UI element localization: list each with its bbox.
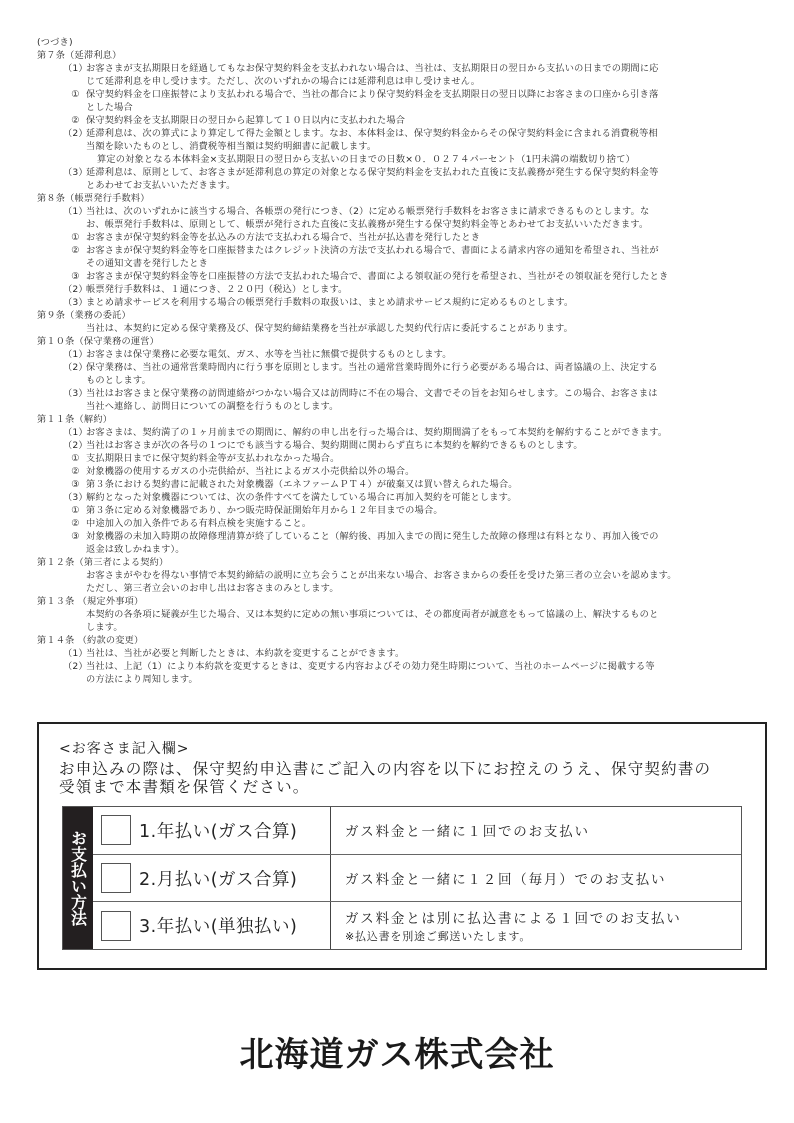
terms-line: とあわせてお支払いいただきます。 bbox=[37, 179, 777, 192]
clause-text: 当社は、本契約に定める保守業務及び、保守契約締結業務を当社が承認した契約代行店に… bbox=[86, 323, 573, 334]
terms-line: その通知文書を発行したとき bbox=[37, 257, 777, 270]
clause-text: 帳票発行手数料は、１通につき、２２０円（税込）とします。 bbox=[86, 284, 348, 295]
clause-number: （2） bbox=[63, 361, 86, 374]
terms-line: 第１４条 （約款の変更） bbox=[37, 634, 777, 647]
clause-number: （1） bbox=[63, 62, 86, 75]
clause-text: とあわせてお支払いいただきます。 bbox=[86, 180, 235, 191]
clause-text: 返金は致しかねます）。 bbox=[86, 544, 185, 555]
clause-text: 当社は、上記（1）により本約款を変更するときは、変更する内容およびその効力発生時… bbox=[86, 661, 655, 672]
clause-number: （1） bbox=[63, 205, 86, 218]
payment-options: 1.年払い(ガス合算) ガス料金と一緒に１回でのお支払い 2.月払い(ガス合算)… bbox=[93, 807, 741, 949]
terms-line: ①第３条に定める対象機器であり、かつ販売時保証開始年月から１２年目までの場合。 bbox=[37, 504, 777, 517]
description-line-2: 受領まで本書類を保管ください。 bbox=[59, 778, 711, 796]
terms-line: 第９条（業務の委託） bbox=[37, 309, 777, 322]
clause-text: じて延滞利息を申し受けます。ただし、次のいずれかの場合には延滞利息は申し受けませ… bbox=[86, 76, 480, 87]
clause-text: お、帳票発行手数料は、原則として、帳票が発行された直後に支払義務が発生する保守契… bbox=[86, 219, 648, 230]
clause-text: ものとします。 bbox=[86, 375, 151, 386]
clause-text: お客さまは保守業務に必要な電気、ガス、水等を当社に無償で提供するものとします。 bbox=[86, 349, 452, 360]
terms-line: ただし、第三者立会いのお申し出はお客さまのみとします。 bbox=[37, 582, 777, 595]
checkbox-monthly-gas[interactable] bbox=[101, 863, 131, 893]
clause-text: 第１２条（第三者による契約） bbox=[37, 557, 168, 568]
clause-number: ② bbox=[65, 244, 86, 257]
clause-text: 当額を除いたものとし、消費税等相当額は契約明細書に記載します。 bbox=[86, 141, 376, 152]
clause-number: ① bbox=[65, 452, 86, 465]
clause-text: 保守契約料金を口座振替により支払われる場合で、当社の都合により保守契約料金を支払… bbox=[86, 89, 658, 100]
terms-line: （2）当社はお客さまが次の各号の１つにでも該当する場合、契約期間に関わらず直ちに… bbox=[37, 439, 777, 452]
terms-line: （3）解約となった対象機器については、次の条件すべてを満たしている場合に再加入契… bbox=[37, 491, 777, 504]
clause-number: （1） bbox=[63, 647, 86, 660]
checkbox-annual-separate[interactable] bbox=[101, 911, 131, 941]
continued-label: (つづき) bbox=[37, 36, 777, 49]
clause-text: お客さまは、契約満了の１ヶ月前までの期間に、解約の申し出を行った場合は、契約期間… bbox=[86, 427, 667, 438]
customer-entry-box: <お客さま記入欄> お申込みの際は、保守契約申込書にご記入の内容を以下にお控えの… bbox=[37, 722, 767, 970]
clause-text: お客さまが保守契約料金等を払込みの方法で支払われる場合で、当社が払込書を発行した… bbox=[86, 232, 480, 243]
clause-number: ① bbox=[65, 504, 86, 517]
clause-text: 第７条（延滞利息） bbox=[37, 50, 122, 61]
terms-line: 第１２条（第三者による契約） bbox=[37, 556, 777, 569]
option-label: 3.年払い(単独払い) bbox=[139, 913, 297, 938]
option-label: 2.月払い(ガス合算) bbox=[139, 866, 297, 891]
clause-text: 算定の対象となる本体料金×支払期限日の翌日から支払いの日までの日数×０．０２７４… bbox=[97, 154, 635, 165]
clause-text: 保守契約料金を支払期限日の翌日から起算して１０日以内に支払われた場合 bbox=[86, 115, 405, 126]
option-label: 1.年払い(ガス合算) bbox=[139, 818, 297, 843]
clause-number: ③ bbox=[65, 478, 86, 491]
terms-line: （1）当社は、当社が必要と判断したときは、本約款を変更することができます。 bbox=[37, 647, 777, 660]
clause-text: 当社はお客さまと保守業務の訪問連絡がつかない場合又は訪問時に不在の場合、文書でそ… bbox=[86, 388, 658, 399]
clause-number: ② bbox=[65, 114, 86, 127]
terms-line: じて延滞利息を申し受けます。ただし、次のいずれかの場合には延滞利息は申し受けませ… bbox=[37, 75, 777, 88]
clause-number: ② bbox=[65, 517, 86, 530]
terms-line: ②お客さまが保守契約料金等を口座振替またはクレジット決済の方法で支払われる場合で… bbox=[37, 244, 777, 257]
customer-entry-title: <お客さま記入欄> bbox=[59, 738, 189, 758]
terms-section: (つづき) 第７条（延滞利息）（1）お客さまが支払期限日を経過してもなお保守契約… bbox=[37, 36, 777, 686]
clause-text: 第３条に定める対象機器であり、かつ販売時保証開始年月から１２年目までの場合。 bbox=[86, 505, 443, 516]
clause-text: 本契約の各条項に疑義が生じた場合、又は本契約に定めの無い事項については、その都度… bbox=[86, 609, 658, 620]
clause-text: 当社は、当社が必要と判断したときは、本約款を変更することができます。 bbox=[86, 648, 404, 659]
company-name: 北海道ガス株式会社 bbox=[0, 1027, 794, 1076]
clause-text: 支払期限日までに保守契約料金等が支払われなかった場合。 bbox=[86, 453, 339, 464]
payment-option-annual-separate: 3.年払い(単独払い) ガス料金とは別に払込書による１回でのお支払い ※払込書を… bbox=[93, 902, 741, 949]
clause-text: まとめ請求サービスを利用する場合の帳票発行手数料の取扱いは、まとめ請求サービス規… bbox=[86, 297, 573, 308]
clause-number: ① bbox=[65, 88, 86, 101]
option-note: ※払込書を別途ご郵送いたします。 bbox=[345, 928, 741, 944]
terms-line: 当社へ連絡し、訪問日についての調整を行うものとします。 bbox=[37, 400, 777, 413]
terms-line: （2）保守業務は、当社の通常営業時間内に行う事を原則とします。当社の通常営業時間… bbox=[37, 361, 777, 374]
terms-line: ①支払期限日までに保守契約料金等が支払われなかった場合。 bbox=[37, 452, 777, 465]
clause-text: 当社は、次のいずれかに該当する場合、各帳票の発行につき、（2）に定める帳票発行手… bbox=[86, 206, 649, 217]
description-line-1: お申込みの際は、保守契約申込書にご記入の内容を以下にお控えのうえ、保守契約書の bbox=[59, 760, 711, 778]
clause-text: 第１１条（解約） bbox=[37, 414, 112, 425]
clause-text: します。 bbox=[86, 622, 123, 633]
clause-number: （2） bbox=[63, 660, 86, 673]
clause-text: 第１４条 （約款の変更） bbox=[37, 635, 143, 646]
terms-line: （1）お客さまは、契約満了の１ヶ月前までの期間に、解約の申し出を行った場合は、契… bbox=[37, 426, 777, 439]
terms-line: ①お客さまが保守契約料金等を払込みの方法で支払われる場合で、当社が払込書を発行し… bbox=[37, 231, 777, 244]
clause-text: 中途加入の加入条件である有料点検を実施すること。 bbox=[86, 518, 311, 529]
clause-number: （3） bbox=[63, 387, 86, 400]
terms-line: ③お客さまが保守契約料金等を口座振替の方法で支払われた場合で、書面による領収証の… bbox=[37, 270, 777, 283]
clause-text: とした場合 bbox=[86, 102, 133, 113]
terms-line: （2）延滞利息は、次の算式により算定して得た金額とします。なお、本体料金は、保守… bbox=[37, 127, 777, 140]
clause-text: 対象機器の未加入時期の故障修理清算が終了していること（解約後、再加入までの間に発… bbox=[86, 531, 659, 542]
terms-line: 第１３条 （規定外事項） bbox=[37, 595, 777, 608]
terms-line: ②対象機器の使用するガスの小売供給が、当社によるガス小売供給以外の場合。 bbox=[37, 465, 777, 478]
terms-line: （2）当社は、上記（1）により本約款を変更するときは、変更する内容およびその効力… bbox=[37, 660, 777, 673]
clause-number: ② bbox=[65, 465, 86, 478]
terms-line: 第７条（延滞利息） bbox=[37, 49, 777, 62]
terms-line: （3）延滞利息は、原則として、お客さまが延滞利息の算定の対象となる保守契約料金を… bbox=[37, 166, 777, 179]
terms-line: 第８条（帳票発行手数料） bbox=[37, 192, 777, 205]
terms-line: とした場合 bbox=[37, 101, 777, 114]
terms-line: 算定の対象となる本体料金×支払期限日の翌日から支払いの日までの日数×０．０２７４… bbox=[37, 153, 777, 166]
clause-text: の方法により周知します。 bbox=[86, 674, 198, 685]
clause-text: その通知文書を発行したとき bbox=[86, 258, 208, 269]
option-description: ガス料金と一緒に１２回（毎月）でのお支払い bbox=[345, 868, 741, 888]
option-description: ガス料金と一緒に１回でのお支払い bbox=[345, 820, 741, 840]
clause-text: 延滞利息は、原則として、お客さまが延滞利息の算定の対象となる保守契約料金を支払わ… bbox=[86, 167, 658, 178]
terms-line: 第１１条（解約） bbox=[37, 413, 777, 426]
clause-text: お客さまが保守契約料金等を口座振替の方法で支払われた場合で、書面による領収証の発… bbox=[86, 271, 668, 282]
clause-text: 第８条（帳票発行手数料） bbox=[37, 193, 150, 204]
clause-number: ① bbox=[65, 231, 86, 244]
clause-number: （2） bbox=[63, 439, 86, 452]
terms-line: 返金は致しかねます）。 bbox=[37, 543, 777, 556]
clause-number: （2） bbox=[63, 283, 86, 296]
payment-method-side-label: お支払い方法 bbox=[63, 807, 93, 949]
terms-line: の方法により周知します。 bbox=[37, 673, 777, 686]
clause-text: お客さまが保守契約料金等を口座振替またはクレジット決済の方法で支払われる場合で、… bbox=[86, 245, 659, 256]
terms-line: 第１０条（保守業務の運営） bbox=[37, 335, 777, 348]
terms-line: お客さまがやむを得ない事情で本契約締結の説明に立ち会うことが出来ない場合、お客さ… bbox=[37, 569, 777, 582]
terms-line: ③対象機器の未加入時期の故障修理清算が終了していること（解約後、再加入までの間に… bbox=[37, 530, 777, 543]
clause-text: ただし、第三者立会いのお申し出はお客さまのみとします。 bbox=[86, 583, 339, 594]
clause-text: 延滞利息は、次の算式により算定して得た金額とします。なお、本体料金は、保守契約料… bbox=[86, 128, 658, 139]
terms-line: （2）帳票発行手数料は、１通につき、２２０円（税込）とします。 bbox=[37, 283, 777, 296]
clause-text: 第１０条（保守業務の運営） bbox=[37, 336, 159, 347]
clause-number: ③ bbox=[65, 270, 86, 283]
terms-line: （1）お客さまが支払期限日を経過してもなお保守契約料金を支払われない場合は、当社… bbox=[37, 62, 777, 75]
clause-text: 第３条における契約書に記載された対象機器（エネファームＰＴ４）が破棄又は買い替え… bbox=[86, 479, 518, 490]
clause-number: （2） bbox=[63, 127, 86, 140]
clause-text: 当社はお客さまが次の各号の１つにでも該当する場合、契約期間に関わらず直ちに本契約… bbox=[86, 440, 583, 451]
terms-line: （3）まとめ請求サービスを利用する場合の帳票発行手数料の取扱いは、まとめ請求サー… bbox=[37, 296, 777, 309]
clause-number: （1） bbox=[63, 426, 86, 439]
payment-option-annual-gas: 1.年払い(ガス合算) ガス料金と一緒に１回でのお支払い bbox=[93, 807, 741, 855]
checkbox-annual-gas[interactable] bbox=[101, 815, 131, 845]
clause-number: （1） bbox=[63, 348, 86, 361]
terms-line: ②保守契約料金を支払期限日の翌日から起算して１０日以内に支払われた場合 bbox=[37, 114, 777, 127]
terms-line: お、帳票発行手数料は、原則として、帳票が発行された直後に支払義務が発生する保守契… bbox=[37, 218, 777, 231]
customer-entry-description: お申込みの際は、保守契約申込書にご記入の内容を以下にお控えのうえ、保守契約書の … bbox=[59, 760, 711, 796]
terms-line: （3）当社はお客さまと保守業務の訪問連絡がつかない場合又は訪問時に不在の場合、文… bbox=[37, 387, 777, 400]
terms-line: （1）お客さまは保守業務に必要な電気、ガス、水等を当社に無償で提供するものとしま… bbox=[37, 348, 777, 361]
terms-line: ②中途加入の加入条件である有料点検を実施すること。 bbox=[37, 517, 777, 530]
clause-number: （3） bbox=[63, 296, 86, 309]
clause-text: お客さまがやむを得ない事情で本契約締結の説明に立ち会うことが出来ない場合、お客さ… bbox=[86, 570, 677, 581]
terms-line: ものとします。 bbox=[37, 374, 777, 387]
clause-number: （3） bbox=[63, 166, 86, 179]
terms-line: ③第３条における契約書に記載された対象機器（エネファームＰＴ４）が破棄又は買い替… bbox=[37, 478, 777, 491]
terms-lines: 第７条（延滞利息）（1）お客さまが支払期限日を経過してもなお保守契約料金を支払わ… bbox=[37, 49, 777, 686]
payment-method-table: お支払い方法 1.年払い(ガス合算) ガス料金と一緒に１回でのお支払い 2.月払… bbox=[62, 806, 742, 950]
option-description: ガス料金とは別に払込書による１回でのお支払い bbox=[345, 907, 741, 927]
terms-line: します。 bbox=[37, 621, 777, 634]
clause-number: ③ bbox=[65, 530, 86, 543]
clause-text: 対象機器の使用するガスの小売供給が、当社によるガス小売供給以外の場合。 bbox=[86, 466, 415, 477]
clause-text: 保守業務は、当社の通常営業時間内に行う事を原則とします。当社の通常営業時間外に行… bbox=[86, 362, 658, 373]
terms-line: 本契約の各条項に疑義が生じた場合、又は本契約に定めの無い事項については、その都度… bbox=[37, 608, 777, 621]
clause-text: 第１３条 （規定外事項） bbox=[37, 596, 143, 607]
clause-text: 解約となった対象機器については、次の条件すべてを満たしている場合に再加入契約を可… bbox=[86, 492, 517, 503]
payment-option-monthly-gas: 2.月払い(ガス合算) ガス料金と一緒に１２回（毎月）でのお支払い bbox=[93, 855, 741, 903]
terms-line: 当社は、本契約に定める保守業務及び、保守契約締結業務を当社が承認した契約代行店に… bbox=[37, 322, 777, 335]
clause-text: お客さまが支払期限日を経過してもなお保守契約料金を支払われない場合は、当社は、支… bbox=[86, 63, 659, 74]
clause-text: 第９条（業務の委託） bbox=[37, 310, 131, 321]
terms-line: 当額を除いたものとし、消費税等相当額は契約明細書に記載します。 bbox=[37, 140, 777, 153]
terms-line: ①保守契約料金を口座振替により支払われる場合で、当社の都合により保守契約料金を支… bbox=[37, 88, 777, 101]
terms-line: （1）当社は、次のいずれかに該当する場合、各帳票の発行につき、（2）に定める帳票… bbox=[37, 205, 777, 218]
clause-number: （3） bbox=[63, 491, 86, 504]
clause-text: 当社へ連絡し、訪問日についての調整を行うものとします。 bbox=[86, 401, 339, 412]
